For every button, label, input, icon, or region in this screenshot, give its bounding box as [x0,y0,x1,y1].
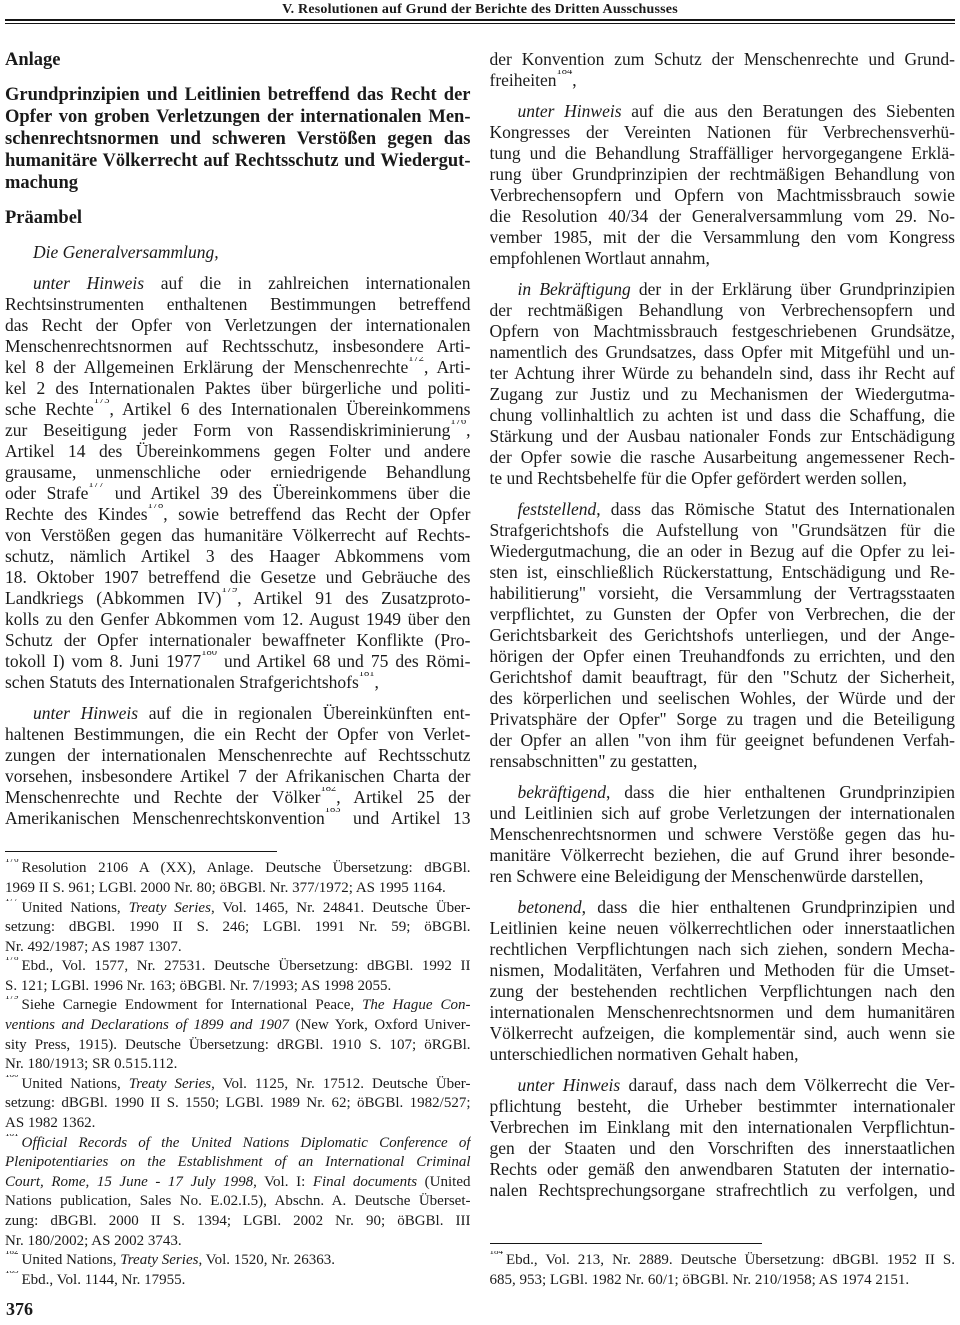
footnote-number: 184 [490,1251,504,1256]
text-line: humanitäre Völkerrecht auf Rechtsschutz … [5,150,471,172]
footnote-number: 178 [5,957,19,962]
footnote-179: 179Siehe Carnegie Endowment for Internat… [5,996,471,1074]
text-line: unter Hinweis auf die aus den Beratungen… [490,101,956,122]
footnote-line: Court, Rome, 15 June - 17 July 1998, Vol… [5,1173,471,1193]
text-line: gen der Staaten und den Vorschriften des… [490,1138,956,1159]
text-line: zungen der internationalen Menschenrecht… [5,745,471,766]
left-footnotes: 176Resolution 2106 A (XX), Anlage. Deuts… [5,851,471,1290]
text-line: die Resolution 40/34 der Generalversamml… [490,206,956,227]
text-line: tung und die Behandlung Straffälliger he… [490,143,956,164]
paragraph: betonend, dass die hier enthaltenen Grun… [490,897,956,1065]
text-line: des körperlichen und seelischen Wohles, … [490,688,956,709]
text-line: kel 8 der Allgemeinen Erklärung der Mens… [5,357,471,378]
footnote-183: 183Ebd., Vol. 1144, Nr. 17955. [5,1271,471,1291]
footnote-number: 183 [5,1271,19,1276]
footnote-line: 176Resolution 2106 A (XX), Anlage. Deuts… [5,859,471,879]
text-line: verpflichtet, zu Gunsten der Opfer von V… [490,604,956,625]
text-line: Schutz der Opfer internationaler bewaffn… [5,630,471,651]
text-line: schen Statuts des Internationalen Strafg… [5,672,471,693]
text-line: kolls zu den Genfer Abkommen vom 12. Aug… [5,609,471,630]
text-line: unter Hinweis auf die in regionalen Über… [5,703,471,724]
text-line: vorsehen, insbesondere Artikel 7 der Afr… [5,766,471,787]
footnote-line: Nations publication, Sales No. E.02.I.5)… [5,1192,471,1212]
text-line: habilitierung" vorsieht, die Versammlung… [490,583,956,604]
footnote-reference: 172 [408,357,424,364]
text-line: unter Hinweis darauf, dass nach dem Völk… [490,1075,956,1096]
footnote-number: 176 [5,859,19,864]
right-footnote-list: 184Ebd., Vol. 213, Nr. 2889. Deutsche Üb… [490,1251,956,1290]
text-line: rung über Grundprinzipien der rechtmäßig… [490,164,956,185]
heading: Präambel [5,207,471,229]
footnote-reference: 177 [88,483,104,490]
text-line: Gerichtshof damit beauftragt, für den "S… [490,667,956,688]
footnote-180: 180United Nations, Treaty Series, Vol. 1… [5,1075,471,1134]
text-line: bekräftigend, dass die hier enthaltenen … [490,782,956,803]
text-line: Landkriegs (Abkommen IV)179, Artikel 91 … [5,588,471,609]
footnote-line: 177United Nations, Treaty Series, Vol. 1… [5,899,471,919]
paragraph: bekräftigend, dass die hier enthaltenen … [490,782,956,887]
footnote-line: 183Ebd., Vol. 1144, Nr. 17955. [5,1271,471,1291]
text-line: kel 2 des Internationalen Paktes über bü… [5,378,471,399]
text-line: 18. Oktober 1907 betreffend die Gesetze … [5,567,471,588]
text-line: pflichtung besteht, die Urheber bestimmt… [490,1096,956,1117]
text-line: nalen Rechtsprechungsorgane strafrechtli… [490,1180,956,1201]
text-line: Präambel [5,207,471,229]
text-line: Opfern von Machtmissbrauch festgeschrieb… [490,321,956,342]
text-line: oder Strafe177 und Artikel 39 des Überei… [5,483,471,504]
text-line: Menschenrechtsnormen und schwere Verstöß… [490,824,956,845]
text-line: Verbrechensopfern und Opfern von Machtmi… [490,185,956,206]
left-column-body: AnlageGrundprinzipien und Leitlinien bet… [5,49,471,839]
footnote-separator [5,851,277,852]
footnote-line: 181Official Records of the United Nation… [5,1134,471,1154]
text-line: rechtlichen Verpflichtungen nach sich zi… [490,939,956,960]
text-line: manitäre Völkerrecht beziehen, die auf G… [490,845,956,866]
text-line: Grundprinzipien und Leitlinien betreffen… [5,84,471,106]
footnote-reference: 184 [557,70,573,77]
footnote-reference: 178 [148,504,164,511]
footnote-reference: 176 [450,420,466,427]
text-columns: AnlageGrundprinzipien und Leitlinien bet… [5,49,955,1290]
text-line: der rechtmäßigen Behandlung von Verbrech… [490,300,956,321]
footnote-line: Plenipotentiaries on the Establishment o… [5,1153,471,1173]
text-line: haltenen Bestimmungen, die ein Recht der… [5,724,471,745]
text-line: grausame, unmenschliche oder erniedrigen… [5,462,471,483]
text-line: Rechte des Kindes178, sowie betreffend d… [5,504,471,525]
footnote-line: AS 1982 1362. [5,1114,471,1134]
text-line: chung vollinhaltlich zu achten ist und d… [490,405,956,426]
text-line: Wiedergutmachung, die an oder in Bezug a… [490,541,956,562]
footnote-line: setzung: dBGBl. 1990 II S. 1550; LGBl. 1… [5,1094,471,1114]
footnote-number: 181 [5,1134,19,1139]
text-line: unterschiedlichen normativen Gehalt habe… [490,1044,956,1065]
footnote-line: sity Press, 1915). Deutsche Übersetzung:… [5,1036,471,1056]
text-line: der Opfer an allen "von ihm für geeignet… [490,730,956,751]
text-line: Menschenrechtsnormen auf Rechtsschutz, i… [5,336,471,357]
footnote-line: 178Ebd., Vol. 1577, Nr. 27531. Deutsche … [5,957,471,977]
text-line: der Konvention zum Schutz der Menschenre… [490,49,956,70]
footnote-line: 184Ebd., Vol. 213, Nr. 2889. Deutsche Üb… [490,1251,956,1271]
footnote-reference: 173 [94,399,110,406]
right-column: der Konvention zum Schutz der Menschenre… [490,49,956,1290]
text-line: das Recht der Opfer von Verletzungen der… [5,315,471,336]
paragraph: feststellend, dass das Römische Statut d… [490,499,956,772]
left-footnote-list: 176Resolution 2106 A (XX), Anlage. Deuts… [5,859,471,1290]
footnote-line: S. 121; LGBl. 1996 Nr. 163; öBGBl. Nr. 7… [5,977,471,997]
heading: Anlage [5,49,471,71]
footnote-176: 176Resolution 2106 A (XX), Anlage. Deuts… [5,859,471,898]
footnote-184: 184Ebd., Vol. 213, Nr. 2889. Deutsche Üb… [490,1251,956,1290]
footnote-line: 685, 953; LGBl. 1982 Nr. 60/1; öBGBl. Nr… [490,1271,956,1291]
text-line: Zugang zur Justiz und zu Mechanismen der… [490,384,956,405]
text-line: von Verstößen gegen das humanitäre Völke… [5,525,471,546]
footnote-reference: 179 [222,588,238,595]
footnote-line: Nr. 180/1913; SR 0.515.112. [5,1055,471,1075]
text-line: zur Beseitigung jeder Form von Rassendis… [5,420,471,441]
text-line: und Leitlinien sich auf grobe Verletzung… [490,803,956,824]
text-line: Leitlinien keine neuen völkerrechtlichen… [490,918,956,939]
text-line: Opfer von groben Verletzungen der intern… [5,106,471,128]
header-rule [5,19,955,24]
text-line: zung der bestehenden rechtlichen Verpfli… [490,981,956,1002]
document-page: V. Resolutionen auf Grund der Berichte d… [0,0,960,1320]
text-line: Privatsphäre der Opfer" Sorge zu tragen … [490,709,956,730]
text-line: der Opfer sowie die rasche Ausarbeitung … [490,447,956,468]
right-column-body: der Konvention zum Schutz der Menschenre… [490,49,956,1211]
text-line: Amerikanischen Menschenrechtskonvention1… [5,808,471,829]
text-line: machung [5,172,471,194]
paragraph: der Konvention zum Schutz der Menschenre… [490,49,956,91]
text-line: schutz, nämlich Artikel 3 des Haager Abk… [5,546,471,567]
footnote-line: 1969 II S. 961; LGBl. 2000 Nr. 80; öBGBl… [5,879,471,899]
footnote-line: ventions and Declarations of 1899 and 19… [5,1016,471,1036]
footnote-reference: 180 [201,651,217,658]
text-line: empfohlenen Wortlaut annahm, [490,248,956,269]
footnote-line: 179Siehe Carnegie Endowment for Internat… [5,996,471,1016]
footnote-line: setzung: dBGBl. 1990 II S. 246; LGBl. 19… [5,918,471,938]
text-line: Strafgerichtshofs die Aufstellung von "G… [490,520,956,541]
footnote-reference: 181 [359,672,375,679]
text-line: Kongresses der Vereinten Nationen für Ve… [490,122,956,143]
page-number: 376 [5,1299,955,1320]
text-line: Rechtsinstrumenten enthaltenen Bestimmun… [5,294,471,315]
paragraph: Die Generalversammlung, [5,242,471,263]
footnote-177: 177United Nations, Treaty Series, Vol. 1… [5,899,471,958]
text-line: tokoll I) vom 8. Juni 1977180 und Artike… [5,651,471,672]
text-line: Verbrechen im Einklang mit den internati… [490,1117,956,1138]
text-line: ter Achtung ihrer Würde zu behandeln sin… [490,363,956,384]
footnote-reference: 182 [320,787,336,794]
text-line: sche Rechte173, Artikel 6 des Internatio… [5,399,471,420]
footnote-number: 179 [5,996,19,1001]
text-line: Artikel 14 des Übereinkommens gegen Folt… [5,441,471,462]
paragraph: unter Hinweis auf die in zahlreichen int… [5,273,471,693]
paragraph: unter Hinweis auf die aus den Beratungen… [490,101,956,269]
footnote-182: 182United Nations, Treaty Series, Vol. 1… [5,1251,471,1271]
footnote-line: 182United Nations, Treaty Series, Vol. 1… [5,1251,471,1271]
text-line: hörigen der Opfer einen Treuhandfonds zu… [490,646,956,667]
text-line: ren Schwere eine Beleidigung der Mensche… [490,866,956,887]
text-line: Die Generalversammlung, [5,242,471,263]
footnote-number: 177 [5,899,19,904]
right-footnotes: 184Ebd., Vol. 213, Nr. 2889. Deutsche Üb… [490,1243,956,1290]
text-line: Völkerrecht aufzeigen, die komplementär … [490,1023,956,1044]
running-header: V. Resolutionen auf Grund der Berichte d… [5,3,955,16]
text-line: internationalen Menschenrechtsnormen und… [490,1002,956,1023]
footnote-reference: 183 [325,808,341,815]
text-line: rensabschnitten" zu gestatten, [490,751,956,772]
text-line: Anlage [5,49,471,71]
text-line: freiheiten184, [490,70,956,91]
paragraph: unter Hinweis darauf, dass nach dem Völk… [490,1075,956,1201]
footnote-181: 181Official Records of the United Nation… [5,1134,471,1252]
paragraph: in Bekräftigung der in der Erklärung übe… [490,279,956,489]
text-line: Rechts oder gemäß den anwendbaren Statut… [490,1159,956,1180]
text-line: vember 1985, mit der die Versammlung den… [490,227,956,248]
text-line: schenrechtsnormen und schweren Verstößen… [5,128,471,150]
text-line: feststellend, dass das Römische Statut d… [490,499,956,520]
text-line: in Bekräftigung der in der Erklärung übe… [490,279,956,300]
footnote-number: 182 [5,1251,19,1256]
text-line: unter Hinweis auf die in zahlreichen int… [5,273,471,294]
paragraph: unter Hinweis auf die in regionalen Über… [5,703,471,829]
text-line: sten ist, einschließlich Rückerstattung,… [490,562,956,583]
text-line: betonend, dass die hier enthaltenen Grun… [490,897,956,918]
left-column: AnlageGrundprinzipien und Leitlinien bet… [5,49,471,1290]
text-line: Stärkung und der Ausbau nationaler Fonds… [490,426,956,447]
footnote-178: 178Ebd., Vol. 1577, Nr. 27531. Deutsche … [5,957,471,996]
text-line: te und Rechtsbehelfe für die Opfer geför… [490,468,956,489]
text-line: Menschenrechte und Rechte der Völker182,… [5,787,471,808]
text-line: Gerichtsbarkeit des Gerichtshofs unterli… [490,625,956,646]
footnote-line: Nr. 492/1987; AS 1987 1307. [5,938,471,958]
text-line: nismen, Modalitäten, Verfahren und Metho… [490,960,956,981]
footnote-line: 180United Nations, Treaty Series, Vol. 1… [5,1075,471,1095]
footnote-number: 180 [5,1075,19,1080]
footnote-line: zung: dBGBl. 2000 II S. 1394; LGBl. 2002… [5,1212,471,1232]
text-line: namentlich des Grundsatzes, dass Opfer m… [490,342,956,363]
footnote-line: Nr. 180/2002; AS 2002 3743. [5,1232,471,1252]
heading: Grundprinzipien und Leitlinien betreffen… [5,84,471,194]
footnote-separator [490,1243,762,1244]
